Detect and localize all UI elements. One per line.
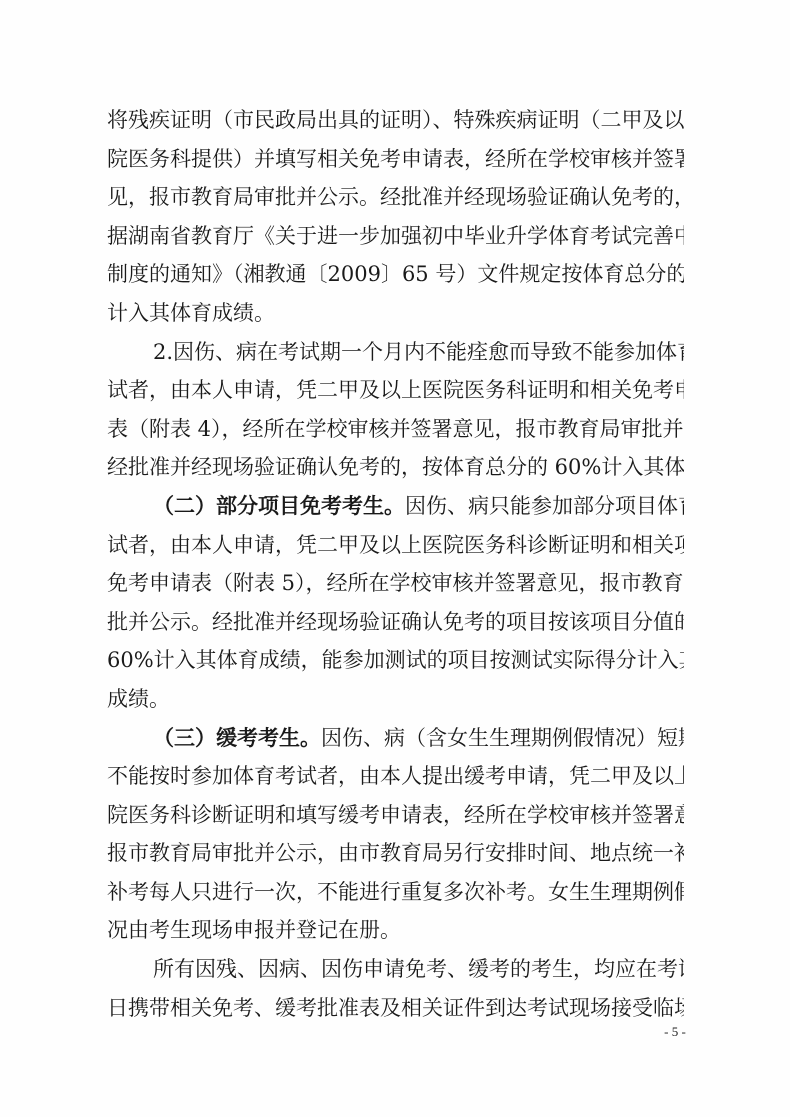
text-line: 批并公示。经批准并经现场验证确认免考的项目按该项目分值的 (107, 603, 684, 642)
paragraph-injury-illness-exemption: 2.因伤、病在考试期一个月内不能痊愈而导致不能参加体育考 试者，由本人申请，凭二… (107, 333, 684, 487)
text-line: 试者，由本人申请，凭二甲及以上医院医务科诊断证明和相关项目 (107, 526, 684, 565)
text-line: 补考每人只进行一次，不能进行重复多次补考。女生生理期例假情 (107, 873, 684, 912)
text-line: （三）缓考考生。因伤、病（含女生生理期例假情况）短期内 (107, 719, 684, 758)
text-line: 见，报市教育局审批并公示。经批准并经现场验证确认免考的，根 (107, 178, 684, 217)
text-line: 日携带相关免考、缓考批准表及相关证件到达考试现场接受临场医 (107, 989, 684, 1028)
text-line: 据湖南省教育厅《关于进一步加强初中毕业升学体育考试完善中招 (107, 217, 684, 256)
text-line: 经批准并经现场验证确认免考的，按体育总分的 60%计入其体育成绩。 (107, 448, 684, 487)
text-span: 因伤、病（含女生生理期例假情况）短期内 (321, 726, 684, 750)
text-line: 60%计入其体育成绩，能参加测试的项目按测试实际得分计入其体育 (107, 641, 684, 680)
text-line: 免考申请表（附表 5），经所在学校审核并签署意见，报市教育局审 (107, 564, 684, 603)
text-line: 制度的通知》（湘教通〔2009〕65 号）文件规定按体育总分的 80% (107, 255, 684, 294)
text-line: （二）部分项目免考考生。因伤、病只能参加部分项目体育考 (107, 487, 684, 526)
text-line: 况由考生现场申报并登记在册。 (107, 911, 684, 950)
text-line: 院医务科诊断证明和填写缓考申请表，经所在学校审核并签署意见， (107, 796, 684, 835)
text-line: 报市教育局审批并公示，由市教育局另行安排时间、地点统一补考， (107, 834, 684, 873)
document-page: 将残疾证明（市民政局出具的证明）、特殊疾病证明（二甲及以上医 院医务科提供）并填… (0, 0, 790, 1117)
text-line: 2.因伤、病在考试期一个月内不能痊愈而导致不能参加体育考 (107, 333, 684, 372)
paragraph-deferred-exam: （三）缓考考生。因伤、病（含女生生理期例假情况）短期内 不能按时参加体育考试者，… (107, 719, 684, 951)
text-line: 成绩。 (107, 680, 684, 719)
paragraph-all-applicants: 所有因残、因病、因伤申请免考、缓考的考生，均应在考试当 日携带相关免考、缓考批准… (107, 950, 684, 1027)
text-line: 试者，由本人申请，凭二甲及以上医院医务科证明和相关免考申请 (107, 371, 684, 410)
section-heading: （二）部分项目免考考生。 (153, 494, 405, 518)
text-line: 将残疾证明（市民政局出具的证明）、特殊疾病证明（二甲及以上医 (107, 101, 684, 140)
document-body: 将残疾证明（市民政局出具的证明）、特殊疾病证明（二甲及以上医 院医务科提供）并填… (107, 101, 684, 1027)
text-line: 院医务科提供）并填写相关免考申请表，经所在学校审核并签署意 (107, 140, 684, 179)
text-line: 所有因残、因病、因伤申请免考、缓考的考生，均应在考试当 (107, 950, 684, 989)
text-span: 因伤、病只能参加部分项目体育考 (405, 494, 684, 518)
section-heading: （三）缓考考生。 (153, 726, 321, 750)
text-line: 计入其体育成绩。 (107, 294, 684, 333)
paragraph-partial-exemption: （二）部分项目免考考生。因伤、病只能参加部分项目体育考 试者，由本人申请，凭二甲… (107, 487, 684, 719)
text-line: 不能按时参加体育考试者，由本人提出缓考申请，凭二甲及以上医 (107, 757, 684, 796)
text-line: 表（附表 4），经所在学校审核并签署意见，报市教育局审批并公示， (107, 410, 684, 449)
paragraph-disability-exemption: 将残疾证明（市民政局出具的证明）、特殊疾病证明（二甲及以上医 院医务科提供）并填… (107, 101, 684, 333)
page-number: - 5 - (660, 1024, 690, 1040)
